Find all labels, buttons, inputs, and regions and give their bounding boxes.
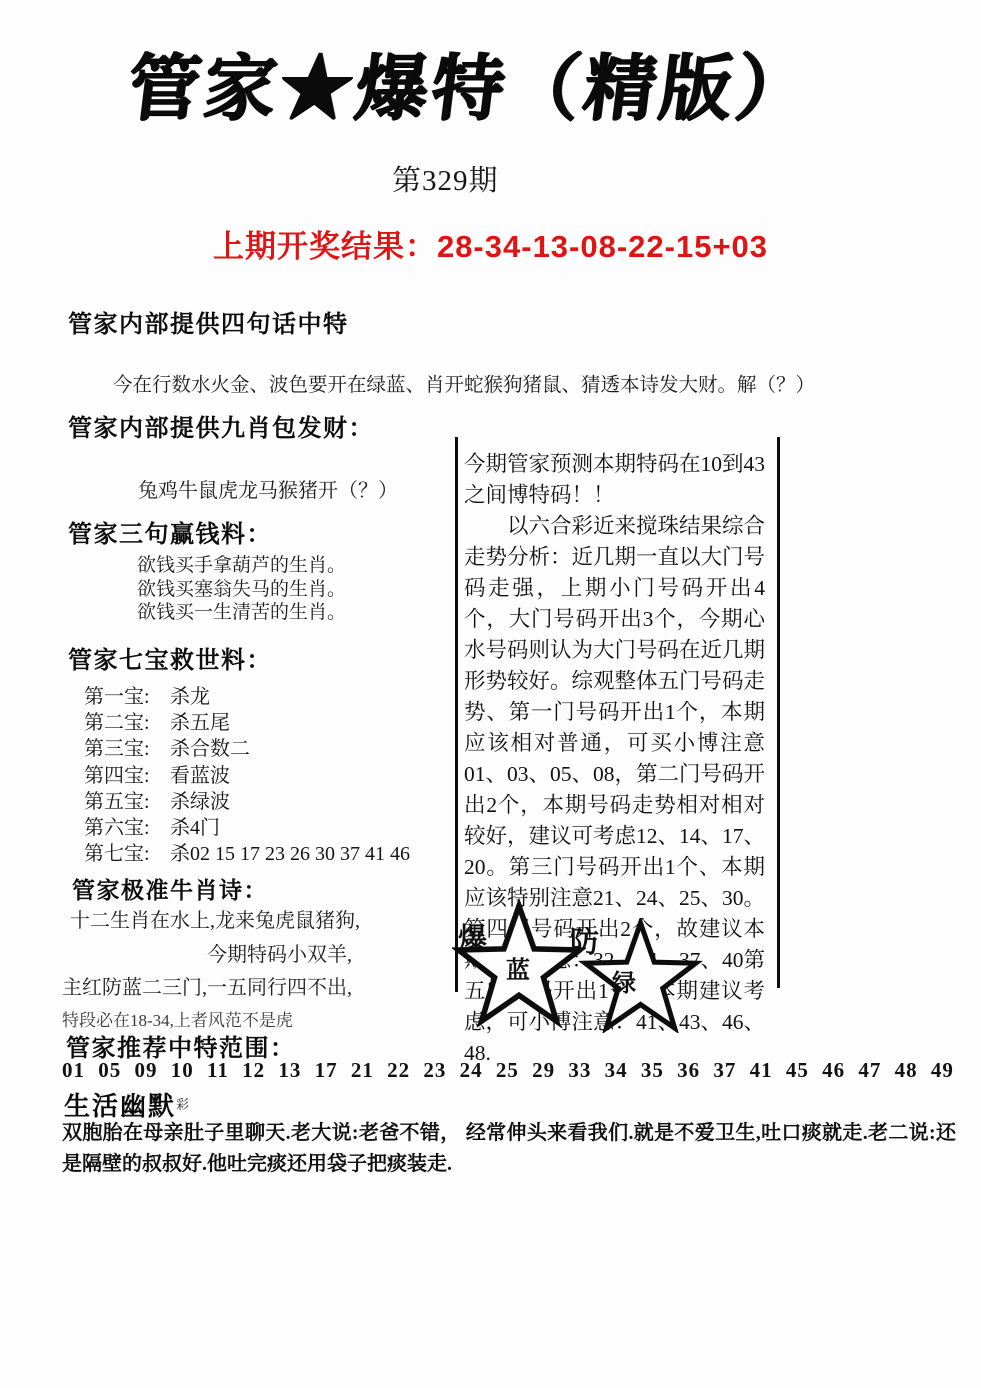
three-money-line: 欲钱买一生清苦的生肖。 [137,601,346,625]
page-title: 管家★爆特（精版） [122,30,855,134]
treasure-row: 第六宝: 杀4门 [84,812,410,838]
treasure-value: 杀绿波 [170,785,230,814]
seven-treasures-list: 第一宝: 杀龙 第二宝: 杀五尾 第三宝: 杀合数二 第四宝: 看蓝波 第五宝:… [84,681,410,865]
treasure-label: 第一宝: [84,680,170,709]
nine-zodiac-line: 兔鸡牛鼠虎龙马猴猪开（？） [138,474,398,503]
treasure-value: 杀五尾 [170,706,230,735]
treasure-value: 杀合数二 [170,732,250,761]
four-sentence-heading: 管家内部提供四句话中特 [68,304,349,339]
treasure-row: 第一宝: 杀龙 [84,681,410,707]
treasure-label: 第七宝: [84,837,170,866]
three-money-line: 欲钱买塞翁失马的生肖。 [137,578,346,602]
last-draw-result: 上期开奖结果：28-34-13-08-22-15+03 [0,221,981,266]
last-draw-result-label: 上期开奖结果： [213,229,437,264]
ox-poem-heading: 管家极准牛肖诗： [72,872,268,905]
three-money-lines: 欲钱买手拿葫芦的生肖。 欲钱买塞翁失马的生肖。 欲钱买一生清苦的生肖。 [137,554,346,625]
treasure-label: 第二宝: [84,706,170,735]
treasure-value: 杀02 15 17 23 26 30 37 41 46 [170,837,410,866]
recommend-numbers: 01 05 09 10 11 12 13 17 21 22 23 24 25 2… [62,1058,962,1083]
treasure-value: 杀4门 [170,811,220,840]
humor-text: 双胞胎在母亲肚子里聊天.老大说:老爸不错， 经常伸头来看我们.就是不爱卫生,吐口… [62,1118,956,1180]
humor-heading-suffix: 彩 [176,1097,189,1112]
treasure-label: 第六宝: [84,811,170,840]
green-star-label: 绿 [612,963,636,998]
four-sentence-line: 今在行数水火金、波色要开在绿蓝、肖开蛇猴狗猪鼠、猜透本诗发大财。解（？） [113,369,815,397]
treasure-row: 第四宝: 看蓝波 [84,760,410,786]
treasure-row: 第二宝: 杀五尾 [84,707,410,733]
ox-poem-line: 主红防蓝二三门,一五同行四不出, [62,971,352,1000]
panel-border-right [777,437,780,988]
treasure-label: 第五宝: [84,785,170,814]
three-money-line: 欲钱买手拿葫芦的生肖。 [137,554,346,578]
treasure-value: 看蓝波 [170,759,230,788]
blue-star-label: 蓝 [506,950,530,985]
issue-number: 第329期 [392,158,499,199]
humor-heading-text: 生活幽默 [64,1091,176,1121]
seven-treasures-heading: 管家七宝救世料： [68,640,272,675]
ox-poem-line: 十二生肖在水上,龙来兔虎鼠猪狗, [70,904,360,933]
treasure-label: 第四宝: [84,759,170,788]
treasure-row: 第五宝: 杀绿波 [84,786,410,812]
ox-poem-line: 今期特码小双羊, [207,938,352,967]
three-money-heading: 管家三句赢钱料： [68,514,272,549]
treasure-label: 第三宝: [84,732,170,761]
nine-zodiac-heading: 管家内部提供九肖包发财： [68,408,374,443]
last-draw-result-value: 28-34-13-08-22-15+03 [437,229,768,264]
treasure-row: 第七宝: 杀02 15 17 23 26 30 37 41 46 [84,839,410,865]
analysis-paragraph-1: 今期管家预测本期特码在10到43之间博特码！！ [464,449,765,511]
scanned-lottery-sheet: 管家★爆特（精版） 第329期 上期开奖结果：28-34-13-08-22-15… [0,0,981,1388]
treasure-value: 杀龙 [170,680,210,709]
treasure-row: 第三宝: 杀合数二 [84,734,410,760]
green-star-icon [578,918,703,1033]
